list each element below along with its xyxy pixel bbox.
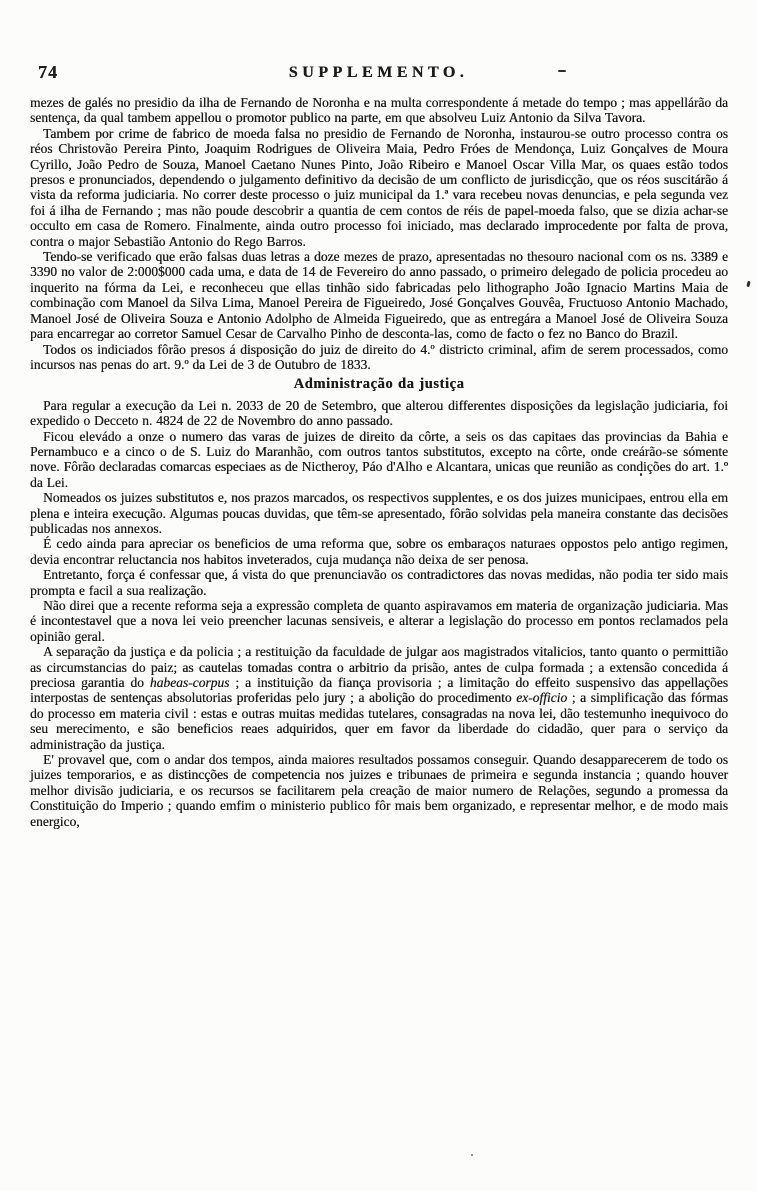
paragraph: Não direi que a recente reforma seja a e… — [30, 598, 728, 644]
paragraph: Todos os indiciados fôrão presos á dispo… — [30, 342, 728, 373]
scan-artifact — [558, 70, 566, 72]
paragraph: Tendo-se verificado que erão falsas duas… — [30, 249, 728, 341]
page-body: mezes de galés no presidio da ilha de Fe… — [30, 95, 728, 829]
paragraph: E' provavel que, com o andar dos tempos,… — [30, 752, 728, 829]
section-heading: Administração da justiça — [30, 377, 728, 392]
page-title: SUPPLEMENTO. — [0, 64, 757, 82]
paragraph: Nomeados os juizes substitutos e, nos pr… — [30, 490, 728, 536]
paragraph: mezes de galés no presidio da ilha de Fe… — [30, 95, 728, 126]
paragraph: A separação da justiça e da policia ; a … — [30, 644, 728, 752]
scan-artifact — [746, 281, 750, 287]
scanned-page: 74 SUPPLEMENTO. mezes de galés no presid… — [0, 0, 757, 1191]
paragraph: Entretanto, força é confessar que, á vis… — [30, 567, 728, 598]
paragraph: Para regular a execução da Lei n. 2033 d… — [30, 398, 728, 429]
paragraph: Tambem por crime de fabrico de moeda fal… — [30, 126, 728, 249]
paragraph: É cedo ainda para apreciar os beneficios… — [30, 536, 728, 567]
page-header: 74 SUPPLEMENTO. — [0, 62, 757, 88]
scan-artifact — [640, 473, 642, 476]
paragraph: Ficou elevádo a onze o numero das varas … — [30, 429, 728, 491]
scan-artifact — [471, 1154, 473, 1156]
